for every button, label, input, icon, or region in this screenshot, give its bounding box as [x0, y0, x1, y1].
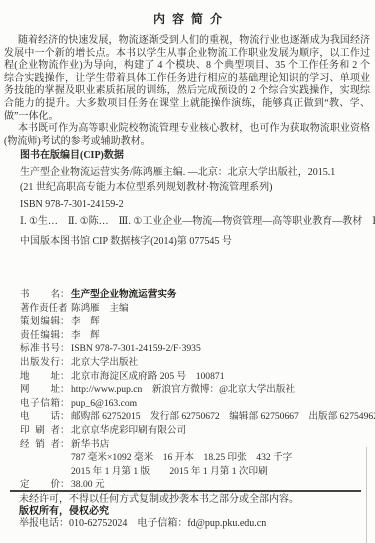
colophon-colon: ：: [60, 398, 68, 412]
cip-title-line: 生产型企业物流运营实务/陈鸿雁主编. —北京：北京大学出版社，2015.1: [20, 166, 360, 179]
colophon-value: 2015 年 1 月第 1 版 2015 年 1 月第 1 次印刷: [71, 466, 268, 477]
colophon-value: 陈鸿雁 主编: [71, 303, 129, 314]
cip-data-section: 图书在版编目(CIP)数据 生产型企业物流运营实务/陈鸿雁主编. —北京：北京大…: [20, 149, 360, 252]
colophon-value: 新华书店: [71, 439, 109, 450]
content-summary-section: 内容简介 随着经济的快速发展，物流逐渐受到人们的重视，物流行业也逐渐成为我国经济…: [0, 10, 375, 148]
colophon-colon: ：: [60, 289, 68, 303]
colophon-row-format: ：787 毫米×1092 毫米 16 开本 18.25 印张 432 千字: [20, 451, 368, 465]
colophon-colon: ：: [60, 316, 68, 330]
colophon-row-publisher: 出版发行：北京大学出版社: [20, 356, 368, 370]
colophon-label: 标准书号: [20, 343, 60, 357]
colophon-label: 书名: [20, 289, 60, 303]
content-summary-paragraph-2: 本书既可作为高等职业院校物流管理专业核心教材，也可作为获取物流职业资格(物流师)…: [0, 123, 375, 148]
cip-heading: 图书在版编目(CIP)数据: [20, 149, 360, 162]
colophon-colon: ：: [60, 303, 68, 317]
colophon-label: 出版发行: [20, 357, 60, 371]
colophon-colon: ：: [60, 425, 68, 439]
footer-section: 未经许可，不得以任何方式复制或抄袭本书之部分或全部内容。 版权所有，侵权必究 举…: [19, 494, 367, 531]
colophon-section: 书名：生产型企业物流运营实务 著作责任者：陈鸿雁 主编 策划编辑：李 辉 责任编…: [20, 288, 368, 492]
colophon-value: 生产型企业物流运营实务: [71, 289, 177, 300]
copyright-statement: 版权所有，侵权必究: [19, 506, 367, 518]
colophon-colon: ：: [60, 439, 68, 453]
colophon-row-printer: 印刷者：北京京华虎彩印刷有限公司: [20, 424, 368, 438]
permission-notice: 未经许可，不得以任何方式复制或抄袭本书之部分或全部内容。: [19, 494, 367, 506]
colophon-colon: ：: [60, 343, 68, 357]
colophon-value: 38.00 元: [71, 479, 105, 490]
colophon-label: 著作责任者: [20, 303, 60, 317]
colophon-row-telephone: 电话：邮购部 62752015 发行部 62750672 编辑部 6275066…: [20, 410, 368, 424]
colophon-row-distributor: 经销者：新华书店: [20, 438, 368, 452]
colophon-label: 网址: [20, 384, 60, 398]
cip-isbn-line: ISBN 978-7-301-24159-2: [20, 198, 360, 211]
colophon-value: 李 辉: [71, 316, 100, 327]
colophon-colon: ：: [60, 384, 68, 398]
copyright-page: 内容简介 随着经济的快速发展，物流逐渐受到人们的重视，物流行业也逐渐成为我国经济…: [0, 0, 375, 543]
colophon-value: 北京大学出版社: [71, 357, 138, 368]
colophon-label: 印刷者: [20, 425, 60, 439]
colophon-row-book-title: 书名：生产型企业物流运营实务: [20, 288, 368, 302]
colophon-row-planning-editor: 策划编辑：李 辉: [20, 315, 368, 329]
colophon-label: 经销者: [20, 439, 60, 453]
content-summary-title: 内容简介: [0, 10, 375, 27]
scan-edge-artifact: [366, 447, 367, 543]
colophon-label: 责任编辑: [20, 330, 60, 344]
report-contact-line: 举报电话：010-62752024 电子信箱：fd@pup.pku.edu.cn: [19, 518, 367, 530]
colophon-label: 地址: [20, 371, 60, 385]
cip-record-number-line: 中国版本图书馆 CIP 数据核字(2014)第 077545 号: [20, 235, 360, 248]
colophon-value: 邮购部 62752015 发行部 62750672 编辑部 62750667 出…: [71, 411, 375, 422]
colophon-value: pup_6@163.com: [71, 398, 137, 409]
colophon-value: http://www.pup.cn 新浪官方微博：@北京大学出版社: [71, 384, 295, 395]
colophon-value: 北京市海淀区成府路 205 号 100871: [71, 371, 225, 382]
colophon-row-edition: ：2015 年 1 月第 1 版 2015 年 1 月第 1 次印刷: [20, 465, 368, 479]
content-summary-paragraph-1: 随着经济的快速发展，物流逐渐受到人们的重视，物流行业也逐渐成为我国经济发展中一个…: [0, 35, 375, 123]
colophon-label: 电话: [20, 411, 60, 425]
colophon-row-email: 电子信箱：pup_6@163.com: [20, 397, 368, 411]
colophon-label: 策划编辑: [20, 316, 60, 330]
colophon-label: 电子信箱: [20, 398, 60, 412]
colophon-value: 787 毫米×1092 毫米 16 开本 18.25 印张 432 千字: [71, 452, 292, 463]
colophon-row-website: 网址：http://www.pup.cn 新浪官方微博：@北京大学出版社: [20, 383, 368, 397]
colophon-value: 北京京华虎彩印刷有限公司: [71, 425, 186, 436]
colophon-row-author: 著作责任者：陈鸿雁 主编: [20, 302, 368, 316]
colophon-value: ISBN 978-7-301-24159-2/F·3935: [71, 343, 201, 354]
cip-classification-line: Ⅰ. ①生… Ⅱ. ①陈… Ⅲ. ①工业企业—物流—物资管理—高等职业教育—教材…: [20, 215, 360, 228]
colophon-colon: ：: [60, 371, 68, 385]
colophon-row-address: 地址：北京市海淀区成府路 205 号 100871: [20, 370, 368, 384]
colophon-value: 李 辉: [71, 330, 100, 341]
colophon-colon: ：: [60, 411, 68, 425]
colophon-row-executive-editor: 责任编辑：李 辉: [20, 329, 368, 343]
cip-series-line: (21 世纪高职高专能力本位型系列规划教材·物流管理系列): [20, 181, 360, 194]
colophon-colon: ：: [60, 330, 68, 344]
colophon-colon: ：: [60, 357, 68, 371]
divider-rule: [10, 490, 361, 492]
colophon-row-isbn: 标准书号：ISBN 978-7-301-24159-2/F·3935: [20, 342, 368, 356]
